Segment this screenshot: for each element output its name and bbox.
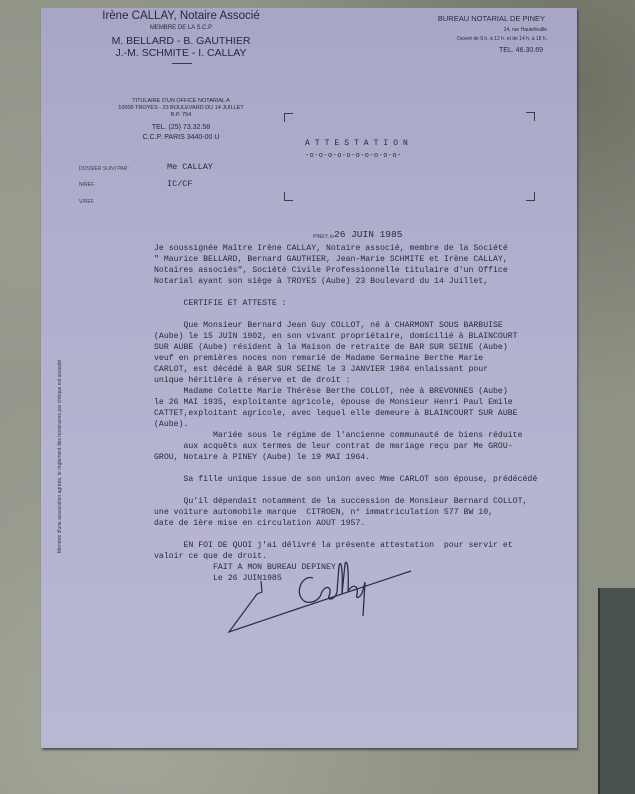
letterhead-member: MEMBRE DE LA S.C.P bbox=[71, 25, 291, 31]
body-line: SUR AUBE (Aube) résident à la Maison de … bbox=[154, 342, 574, 353]
letterhead-tel: TEL. (25) 73.32.58 bbox=[71, 124, 291, 131]
date-value: 26 JUIN 1985 bbox=[334, 229, 402, 240]
body-line: Qu'il dépendait notamment de la successi… bbox=[154, 496, 574, 507]
body-line: Sa fille unique issue de son union avec … bbox=[154, 474, 574, 485]
date-label: PINEY, le bbox=[313, 234, 334, 240]
title-underline: -o-o-o-o-o-o-o-o-o-o- bbox=[305, 152, 402, 160]
bureau-hours: Ouvert de 9 h. à 12 h. et de 14 h. à 18 … bbox=[457, 36, 547, 42]
body-line: veuf en premières noces non remarié de M… bbox=[154, 353, 574, 364]
frame-corner-top-left bbox=[284, 113, 293, 122]
letterhead-office-line3: B.P. 754 bbox=[71, 112, 291, 118]
body-line: (Aube). bbox=[154, 419, 574, 430]
attestation-page: Irène CALLAY, Notaire Associé MEMBRE DE … bbox=[41, 8, 577, 748]
letterhead-partners-line2: J.-M. SCHMITE - I. CALLAY bbox=[71, 47, 291, 59]
body-line: aux acquêts aux termes de leur contrat d… bbox=[154, 441, 574, 452]
letterhead-partners-line1: M. BELLARD - B. GAUTHIER bbox=[71, 35, 291, 47]
body-line: " Maurice BELLARD, Bernard GAUTHIER, Jea… bbox=[154, 254, 574, 265]
body-line: EN FOI DE QUOI j'ai délivré la présente … bbox=[154, 540, 574, 551]
ref-label-nref: N/REF. bbox=[79, 182, 95, 188]
frame-corner-bottom-left bbox=[284, 192, 293, 201]
body-line: Je soussignée Maître Irène CALLAY, Notai… bbox=[154, 243, 574, 254]
letterhead-notary-name: Irène CALLAY, Notaire Associé bbox=[71, 10, 291, 22]
body-line bbox=[154, 529, 574, 540]
body-line bbox=[154, 309, 574, 320]
signature-text: Callay bbox=[221, 556, 265, 560]
ref-label-vref: V/REF. bbox=[79, 199, 95, 205]
letterhead-ccp: C.C.P. PARIS 3440-00 U bbox=[71, 134, 291, 141]
body-line: une voiture automobile marque CITROEN, n… bbox=[154, 507, 574, 518]
document-title: ATTESTATION bbox=[305, 139, 413, 148]
side-note: Membre d'une association agréée, le règl… bbox=[57, 263, 63, 553]
body-line bbox=[154, 287, 574, 298]
ref-value-dossier: Me CALLAY bbox=[167, 162, 213, 172]
bureau-title: BUREAU NOTARIAL DE PINEY bbox=[438, 14, 545, 23]
body-line: date de 1ère mise en circulation AOUT 19… bbox=[154, 518, 574, 529]
body-line bbox=[154, 485, 574, 496]
bureau-address: 24, rue Hautefeuille bbox=[504, 27, 547, 33]
letterhead-office-line2: 10000 TROYES - 23 BOULEVARD DU 14 JUILLE… bbox=[71, 105, 291, 111]
letterhead-divider bbox=[172, 63, 192, 64]
signature: Callay bbox=[221, 556, 421, 641]
frame-corner-top-right bbox=[526, 112, 535, 121]
bureau-tel: TEL. 46.30.69 bbox=[499, 47, 543, 54]
body-line: Mariée sous le régime de l'ancienne comm… bbox=[154, 430, 574, 441]
body-lines: Je soussignée Maître Irène CALLAY, Notai… bbox=[154, 243, 574, 584]
ref-label-dossier: DOSSIER SUIVI PAR : bbox=[79, 166, 130, 172]
background-document bbox=[598, 588, 635, 794]
body-line: (Aube) le 15 JUIN 1902, en son vivant pr… bbox=[154, 331, 574, 342]
body-line: Que Monsieur Bernard Jean Guy COLLOT, né… bbox=[154, 320, 574, 331]
body-line: unique héritière à réserve et de droit : bbox=[154, 375, 574, 386]
body-line: GROU, Notaire à PINEY (Aube) le 19 MAI 1… bbox=[154, 452, 574, 463]
body-line: Notaires associés", Société Civile Profe… bbox=[154, 265, 574, 276]
ref-value-nref: IC/CF bbox=[167, 179, 193, 189]
frame-corner-bottom-right bbox=[526, 192, 535, 201]
body-line: CATTET,exploitant agricole, avec lequel … bbox=[154, 408, 574, 419]
body-line bbox=[154, 463, 574, 474]
body-line: CERTIFIE ET ATTESTE : bbox=[154, 298, 574, 309]
letterhead-office-line1: TITULAIRE D'UN OFFICE NOTARIAL A bbox=[71, 98, 291, 104]
body-line: Notarial ayant son siège à TROYES (Aube)… bbox=[154, 276, 574, 287]
body-line: Madame Colette Marie Thérèse Berthe COLL… bbox=[154, 386, 574, 397]
body-line: CARLOT, est décédé à BAR SUR SEINE le 3 … bbox=[154, 364, 574, 375]
body-line: le 26 MAI 1935, exploitante agricole, ép… bbox=[154, 397, 574, 408]
attestation-body: Je soussignée Maître Irène CALLAY, Notai… bbox=[154, 243, 574, 584]
